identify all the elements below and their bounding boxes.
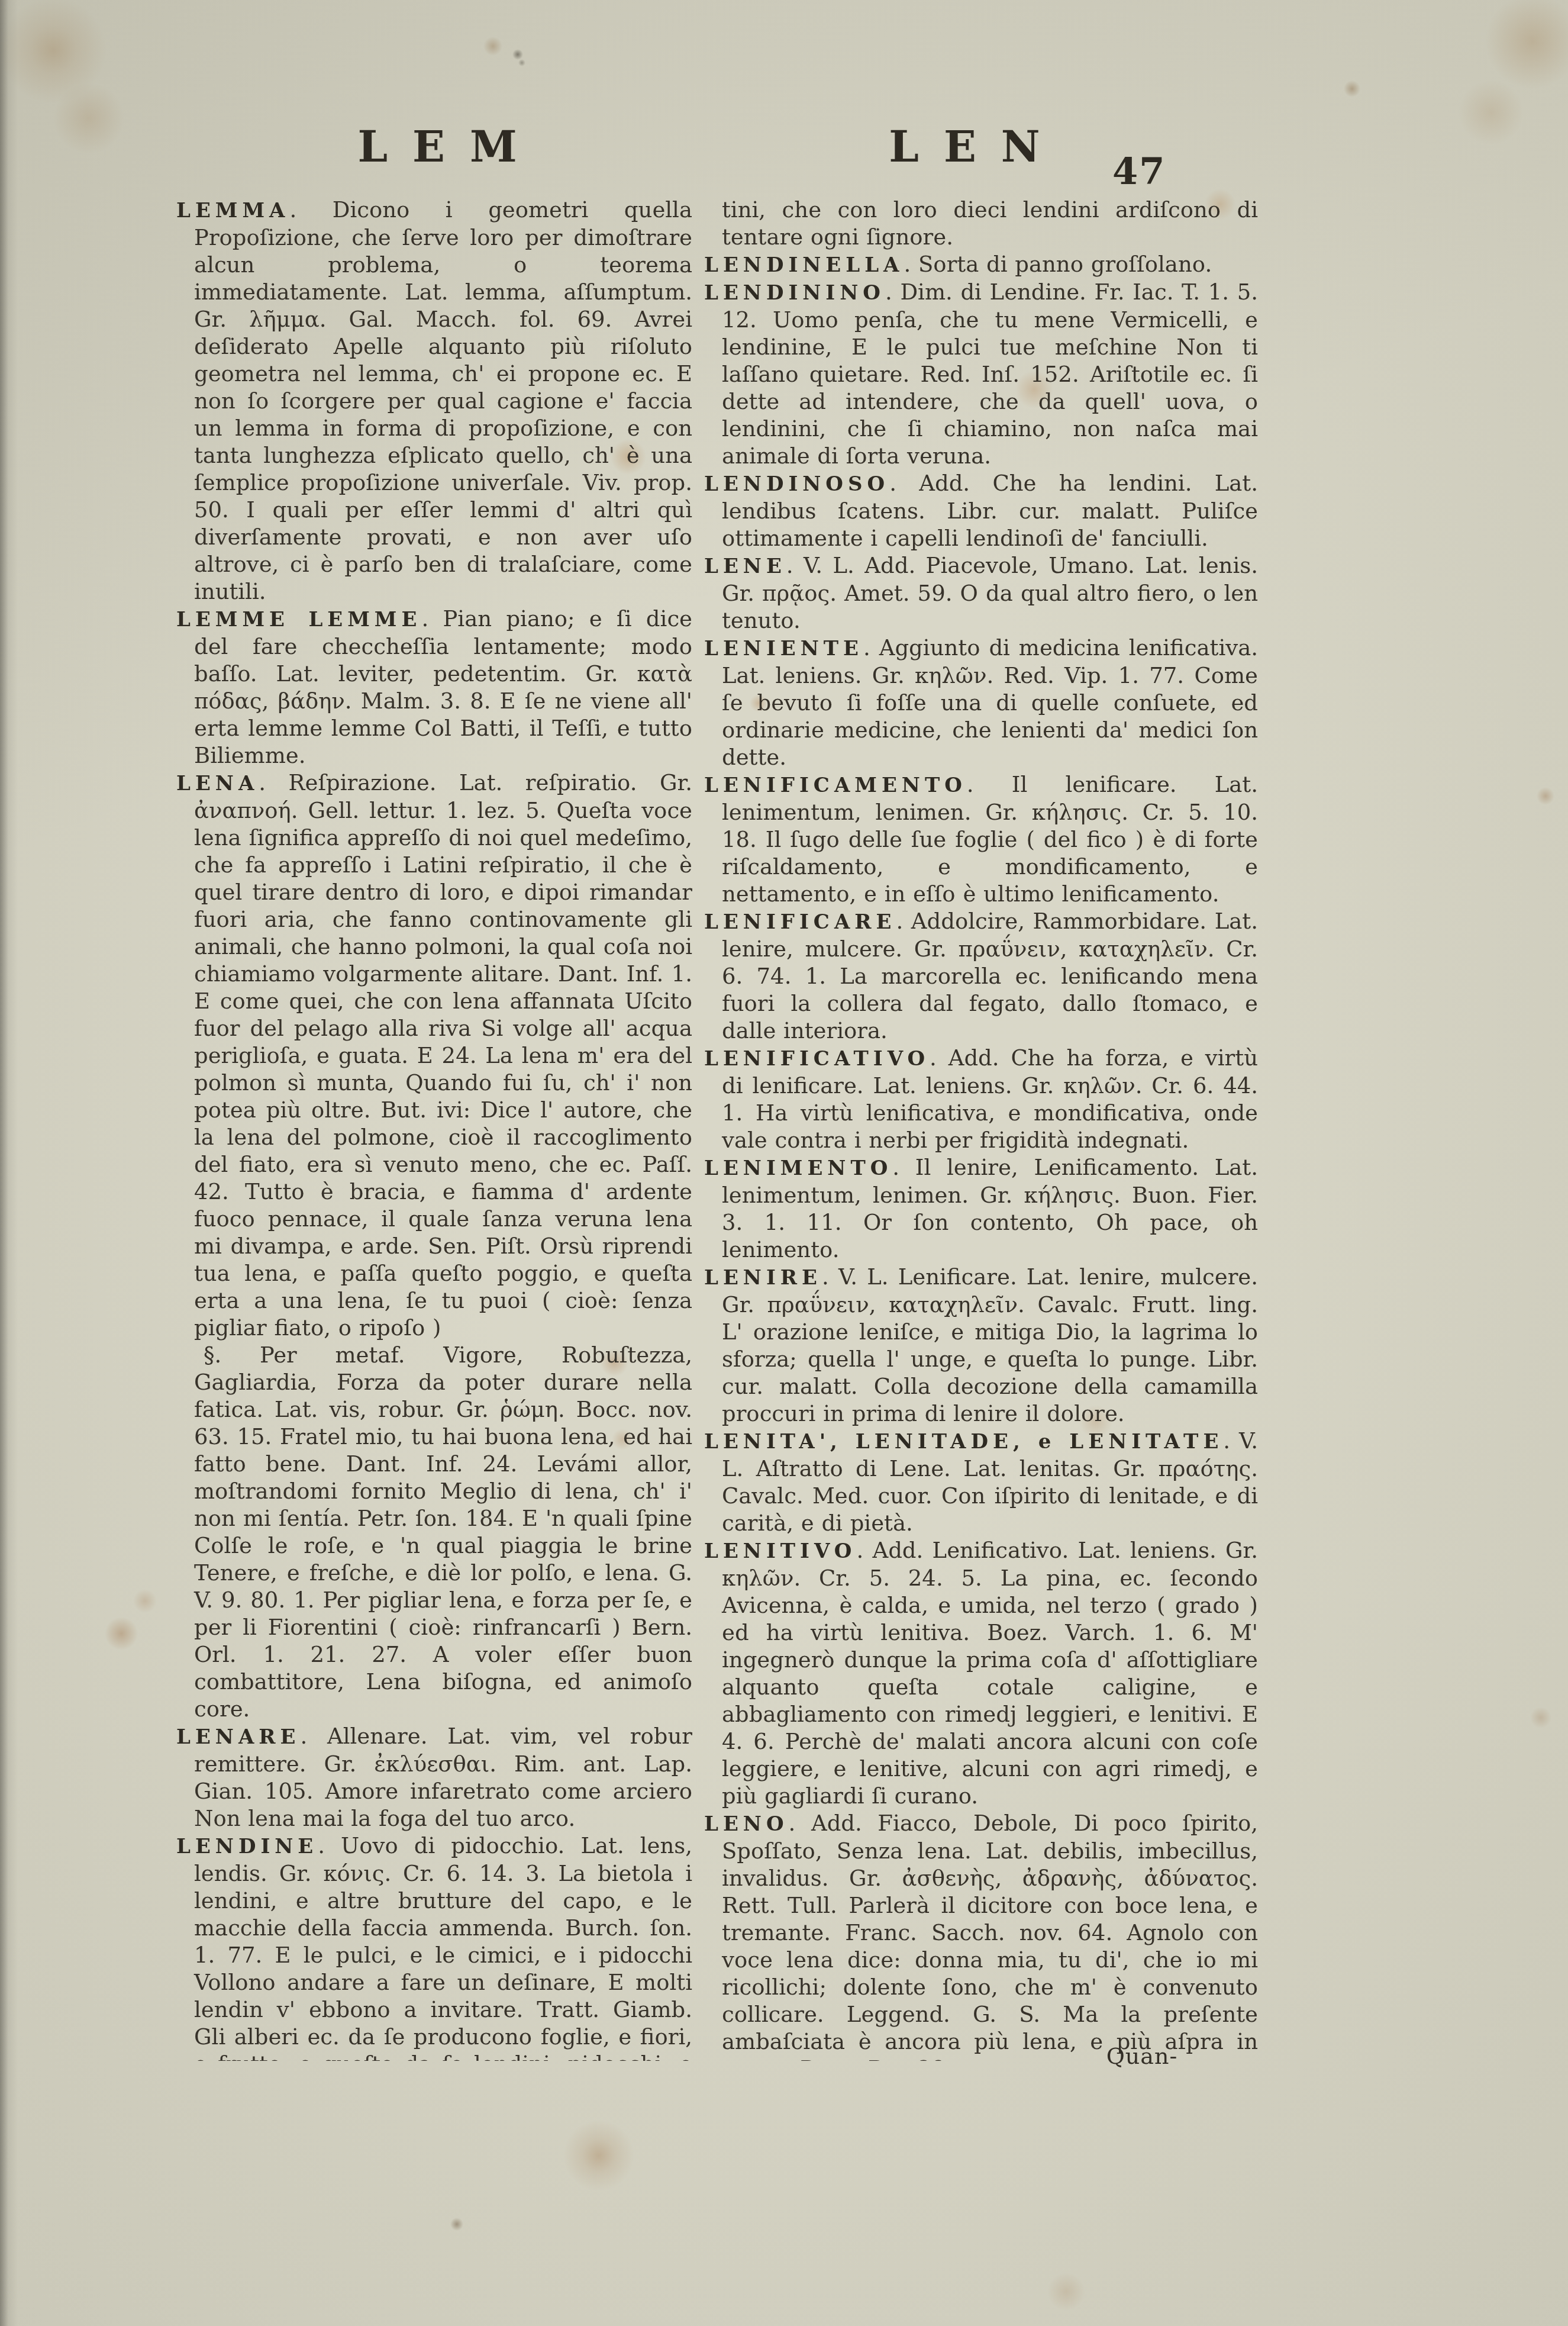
entry-body: LENDINELLA. Sorta di panno groſſolano. [704, 251, 1258, 279]
dictionary-entry: LENDINE. Uovo di pidocchio. Lat. lens, l… [176, 1832, 692, 2061]
entry-headword: LENIFICATIVO [704, 1047, 930, 1071]
entry-body: LEMME LEMME. Pian piano; e ſi dice del f… [176, 605, 692, 769]
entry-body: LENIRE. V. L. Lenificare. Lat. lenire, m… [704, 1264, 1258, 1428]
dictionary-entry: LEMME LEMME. Pian piano; e ſi dice del f… [176, 605, 692, 769]
entry-headword: LENITA', LENITADE, e LENITATE [704, 1430, 1223, 1454]
book-page: LEM LEN 47 LEMMA. Dicono i geometri quel… [0, 0, 1568, 2326]
page-number: 47 [1112, 150, 1195, 193]
entry-headword: LENITIVO [704, 1539, 856, 1563]
dictionary-entry: LENARE. Allenare. Lat. vim, vel robur re… [176, 1723, 692, 1832]
entry-body: LENDINE. Uovo di pidocchio. Lat. lens, l… [176, 1832, 692, 2061]
entry-headword: LENO [704, 1812, 789, 1836]
entry-subsection: §. Per metaf. Vigore, Robuſtezza, Gaglia… [176, 1342, 692, 1723]
dictionary-entry: LEMMA. Dicono i geometri quella Propoſiz… [176, 196, 692, 605]
entry-body: LENIENTE. Aggiunto di medicina lenificat… [704, 634, 1258, 771]
entry-headword: LENDINELLA [704, 253, 904, 277]
entry-headword: LENIRE [704, 1266, 822, 1290]
entry-body: tini, che con loro dieci lendini ardiſco… [704, 196, 1258, 251]
entry-headword: LENIFICARE [704, 910, 896, 934]
dictionary-entry: tini, che con loro dieci lendini ardiſco… [704, 196, 1258, 251]
entry-headword: LENA [176, 772, 259, 795]
dictionary-entry: LENIRE. V. L. Lenificare. Lat. lenire, m… [704, 1264, 1258, 1428]
dictionary-entry: LENIENTE. Aggiunto di medicina lenificat… [704, 634, 1258, 771]
dictionary-entry: LENITIVO. Add. Lenificativo. Lat. lenien… [704, 1537, 1258, 1810]
entry-body: LENIFICAMENTO. Il lenificare. Lat. lenim… [704, 771, 1258, 908]
entry-headword: LENDINE [176, 1835, 318, 1858]
dictionary-entry: LENA. Reſpirazione. Lat. reſpiratio. Gr.… [176, 769, 692, 1723]
entry-headword: LENE [704, 555, 786, 578]
entry-body: LENO. Add. Fiacco, Debole, Di poco ſpiri… [704, 1810, 1258, 2061]
text-column-right: tini, che con loro dieci lendini ardiſco… [704, 196, 1258, 2061]
dictionary-entry: LENIMENTO. Il lenire, Lenificamento. Lat… [704, 1154, 1258, 1264]
entry-headword: LENDINOSO [704, 472, 889, 496]
entry-body: LENITIVO. Add. Lenificativo. Lat. lenien… [704, 1537, 1258, 1810]
running-head-left: LEM [178, 121, 697, 172]
dictionary-entry: LENIFICARE. Addolcire, Rammorbidare. Lat… [704, 908, 1258, 1045]
dictionary-entry: LENITA', LENITADE, e LENITATE. V. L. Aſt… [704, 1428, 1258, 1537]
dictionary-entry: LENE. V. L. Add. Piacevole, Umano. Lat. … [704, 552, 1258, 634]
entry-body: LENA. Reſpirazione. Lat. reſpiratio. Gr.… [176, 769, 692, 1342]
dictionary-entry: LENDININO. Dim. di Lendine. Fr. Iac. T. … [704, 279, 1258, 470]
entry-headword: LENARE [176, 1725, 300, 1749]
dictionary-entry: LENIFICAMENTO. Il lenificare. Lat. lenim… [704, 771, 1258, 908]
entry-body: LENIFICARE. Addolcire, Rammorbidare. Lat… [704, 908, 1258, 1045]
entry-body: LENIMENTO. Il lenire, Lenificamento. Lat… [704, 1154, 1258, 1264]
entry-headword: LENDININO [704, 281, 885, 305]
text-column-left: LEMMA. Dicono i geometri quella Propoſiz… [176, 196, 692, 2061]
entry-body: LENDINOSO. Add. Che ha lendini. Lat. len… [704, 470, 1258, 552]
dictionary-entry: LENO. Add. Fiacco, Debole, Di poco ſpiri… [704, 1810, 1258, 2061]
dictionary-entry: LENIFICATIVO. Add. Che ha forza, e virtù… [704, 1045, 1258, 1154]
dictionary-entry: LENDINOSO. Add. Che ha lendini. Lat. len… [704, 470, 1258, 552]
text-block: LEMMA. Dicono i geometri quella Propoſiz… [176, 196, 1258, 2061]
entry-body: LENARE. Allenare. Lat. vim, vel robur re… [176, 1723, 692, 1832]
entry-headword: LEMMA [176, 199, 289, 223]
entry-body: LEMMA. Dicono i geometri quella Propoſiz… [176, 196, 692, 605]
dictionary-entry: LENDINELLA. Sorta di panno groſſolano. [704, 251, 1258, 279]
entry-headword: LEMME LEMME [176, 608, 421, 632]
entry-body: LENIFICATIVO. Add. Che ha forza, e virtù… [704, 1045, 1258, 1154]
entry-body: LENE. V. L. Add. Piacevole, Umano. Lat. … [704, 552, 1258, 634]
entry-headword: LENIFICAMENTO [704, 774, 967, 797]
entry-body: LENDININO. Dim. di Lendine. Fr. Iac. T. … [704, 279, 1258, 470]
entry-headword: LENIMENTO [704, 1156, 892, 1180]
catchword: Quan- [1059, 2043, 1225, 2069]
running-head: LEM LEN 47 [0, 121, 1568, 192]
entry-headword: LENIENTE [704, 637, 863, 661]
entry-body: LENITA', LENITADE, e LENITATE. V. L. Aſt… [704, 1428, 1258, 1537]
